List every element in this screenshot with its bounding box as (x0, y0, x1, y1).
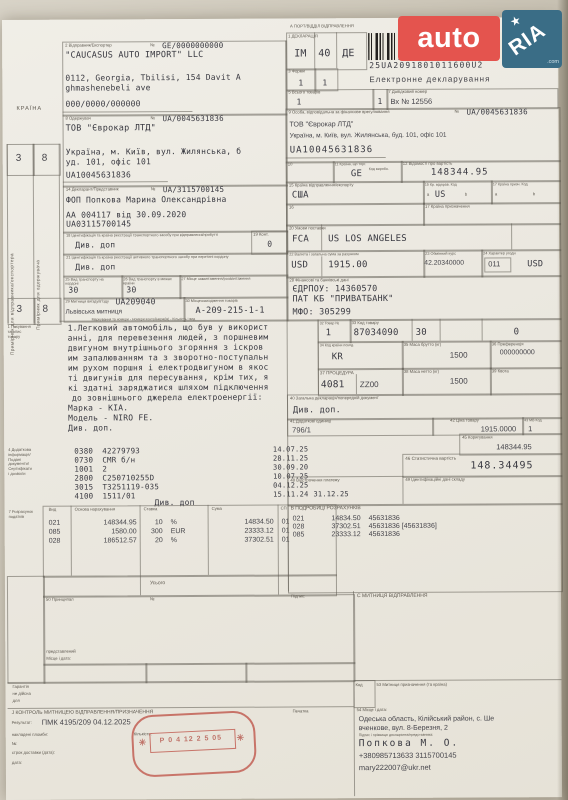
box44-side-label: 4 Додатковаінформація/Подані документи/С… (8, 448, 32, 477)
stamp-ornament-icon: ✳ (236, 732, 245, 743)
duty-base: 1580.00 (75, 528, 137, 535)
box50-principal (43, 594, 355, 666)
preference-code: 000000000 (500, 349, 535, 356)
duty-base: 148344.95 (75, 519, 137, 526)
grid-line (511, 223, 512, 249)
box8-eori: UA/0045631836 (163, 115, 224, 123)
box36-label: 36 Преференція (492, 342, 524, 347)
statistical-value: 148.34495 (470, 461, 533, 471)
box50-label: 50 Принципал (46, 598, 74, 603)
box29-name: Львівська митниця (66, 309, 123, 316)
grid-line (321, 224, 322, 250)
boxJ-term-label: строк доставки (дата): (12, 751, 55, 756)
grid-line (336, 32, 337, 68)
calc-account: 45631836 (369, 515, 400, 522)
box9-no: № (454, 110, 459, 115)
calc-account: 45631836 [45631836] (369, 523, 437, 530)
country-heading: КРАЇНА (16, 106, 42, 113)
box21-label: 21 Ідентифікація та країна реєстрації ак… (66, 255, 228, 260)
auto-ria-watermark[interactable]: auto ★ RIA .com (398, 10, 562, 74)
boxJ-result-label: Результат: (12, 721, 32, 726)
doc-value: 42279793 (102, 447, 140, 455)
copy-number-right-2: 8 (42, 305, 48, 315)
goods-desc-line: им рухом поршня і електродвигуном в якос (68, 364, 269, 373)
box14-no: № (151, 187, 156, 192)
goods-desc-line: 1.Легковий автомобіль, що був у використ (68, 324, 269, 333)
copy-number-right: 8 (42, 154, 48, 164)
duty-rate: 10 (145, 519, 163, 526)
consignee-address-2: уд. 101, офіс 101 (66, 158, 151, 166)
box29-code: UA209040 (115, 298, 155, 306)
supplementary-units: 796/1 (292, 426, 311, 434)
box18-value: Див. доп (75, 241, 115, 249)
duty-vid: 085 (49, 529, 61, 536)
box19-label: 19 Конт. (253, 233, 269, 238)
origin-country-code: KR (332, 353, 343, 362)
declarant-phone: +380985713633 3115700145 (359, 752, 457, 760)
box41-label: 41 Додаткові одиниці (290, 419, 331, 424)
box31-side-label: 1 Пакуваннята опистовару (8, 325, 31, 340)
goods-see-appendix: Див. доп. (68, 424, 113, 432)
box52-guarantee-2: не дійсна (13, 692, 31, 697)
hs-code: 87034090 (354, 329, 399, 338)
box26-value: 30 (126, 286, 136, 294)
box11-label: 11 Країна, що торг. (335, 162, 366, 166)
goods-desc-line: ті двигунів для пересування, крім тих, я (68, 374, 269, 383)
box24-code: 011 (488, 260, 500, 268)
box30-value: А-209-215-1-1 (196, 307, 265, 316)
box7-label: 7 Довідковий номер (388, 90, 427, 95)
adjustment-value: 148344.95 (496, 443, 531, 451)
star-icon: ★ (508, 13, 523, 30)
box45-label: 45 Коригування (462, 435, 492, 440)
procedure-sub-code: ZZ00 (360, 381, 379, 389)
declarant-signature-name: Попкова М. О. (359, 739, 459, 749)
consignee-address-1: Україна, м. Київ, вул. Жилянська, б (66, 148, 242, 157)
calc-vid: 021 (293, 515, 305, 522)
box15-label: 15 Країна відправлення/експорту (289, 183, 354, 188)
declarant-code: UA03115700145 (66, 220, 131, 228)
goods-brand: Марка - KIA. (68, 404, 128, 412)
box27-label: 27 Місце завантаження/розвантаження (181, 277, 250, 282)
box15a-a: a (427, 193, 429, 198)
box17a-a: a (495, 192, 497, 197)
calc-vid: 028 (293, 523, 305, 530)
doc-date: 14.07.25 (256, 446, 308, 453)
box24-currency: USD (527, 260, 543, 269)
customs-round-stamp: Р 0 4 12 2 5 05 ✳ ✳ (130, 710, 253, 774)
box1-label: 1 ДЕКЛАРАЦІЯ (288, 34, 318, 39)
box9-eori: UA/0045631836 (466, 108, 527, 116)
box31-header: Маркування та номери - Номери контейнера… (92, 317, 196, 322)
col-vid: Вид (49, 508, 57, 513)
copy-number-left: 3 (16, 154, 22, 164)
duty-vid: 021 (49, 520, 61, 527)
box28-label: 28 Фінансові та банківські дані (289, 278, 348, 283)
delivery-place: US LOS ANGELES (328, 235, 407, 244)
exporter-code: 000/0000/000000 (65, 100, 140, 108)
col-sp: СП (281, 507, 287, 512)
duty-sum: 23333.12 (210, 528, 274, 535)
duty-total-label: Усього (150, 581, 165, 587)
box50-place-date: Місце і дата: (46, 657, 71, 662)
box40-label: 40 Загальна декларація/попередній докуме… (290, 396, 379, 401)
doc-code: 1001 (74, 466, 93, 474)
delivery-term: FCA (292, 235, 309, 244)
auto-ria-logo-ria: ★ RIA .com (502, 10, 562, 68)
box29-label: 29 Митниця виїзду/в'їзду (65, 299, 108, 304)
logo-auto-text: auto (417, 22, 480, 55)
decl-regime: 40 (318, 49, 331, 59)
duty-unit: % (171, 537, 177, 544)
box24-label: 24 Характер угоди (483, 251, 515, 256)
box52-code-label: Код (355, 683, 362, 688)
box12-value: 148344.95 (431, 168, 489, 177)
box14-eori: UA/3115700145 (163, 186, 224, 194)
boxJ-seals-label: накладені пломби: (12, 733, 48, 738)
doc-date: 30.09.20 (256, 464, 308, 471)
net-mass: 1500 (450, 378, 468, 386)
consignee-code: UA10045631836 (66, 171, 131, 179)
bank-name: ПАТ КБ "ПРИВАТБАНК" (292, 295, 393, 304)
box19-value: 0 (267, 241, 272, 249)
invoice-amount: 1915.00 (328, 261, 367, 270)
duty-vid: 028 (49, 538, 61, 545)
grid-line (412, 319, 413, 341)
goods-desc-line: двигуном внутрішнього згоряння з іскров (68, 344, 264, 353)
goods-desc-line: кі здатні заряджатися шляхом підключення (68, 384, 269, 393)
box17a-b: b (533, 192, 535, 197)
item-number: 1 (326, 329, 332, 338)
col-sum: Сума (212, 507, 222, 512)
box42-label: 42 Ціна товару (450, 419, 479, 424)
boxJ-date-label: дата: (12, 761, 22, 766)
box3-value-1: 1 (298, 79, 303, 87)
box9-label: 9 Особа, відповідальна за фінансове врег… (288, 110, 389, 115)
grid-line (356, 374, 357, 394)
duty-rate: 300 (145, 528, 163, 535)
grid-line (482, 318, 483, 340)
exporter-address-2: ghmashenebeli ave (65, 84, 150, 92)
declarant-place-line-1: Одеська область, Кілійський район, с. Ше (359, 715, 495, 723)
bank-mfo: МФО: 305299 (293, 308, 352, 317)
declarant-sign-label: Підпис і прізвище декларанта/представник… (359, 733, 434, 738)
exchange-rate: 42.20340000 (424, 261, 464, 268)
goods-desc-line: до зовнішнього джерела електроенергії: (72, 394, 263, 403)
doc-value: 1511/01 (102, 492, 135, 500)
boxA-label: А ПОРТ/ВІДДІЛ ВІДПРАВЛЕННЯ (290, 24, 354, 29)
boxC-signature-label: Підпис: (291, 594, 305, 599)
box14-label: 14 Декларант/Представник (66, 187, 119, 192)
left-bottom-cell (7, 576, 46, 684)
box25-value: 30 (68, 287, 78, 295)
box12-label: 12 Відомості про вартість (403, 162, 453, 167)
gross-mass: 1500 (450, 352, 468, 360)
duty-sum: 14834.50 (210, 519, 274, 526)
calc-sum: 37302.51 (317, 523, 361, 530)
grid-line (440, 319, 441, 341)
box47-side-label: 7 Розрахунокподатків (9, 510, 34, 520)
box11-sub-label: Код виробн. (369, 167, 389, 171)
calc-vid: 085 (293, 531, 305, 538)
box21-value: Див. доп (75, 263, 115, 271)
box50-represented: представлений (46, 650, 75, 655)
box22-label: 22 Валюта і загальна сума за рахунком (289, 252, 358, 257)
box30-label: 30 Місцезнаходження товарів (185, 299, 237, 304)
bank-edrpou: ЄДРПОУ: 14360570 (292, 285, 377, 294)
duty-unit: % (171, 519, 177, 526)
doc-value: CMR б/н (102, 456, 135, 464)
goods-model: Модель - NIRO FE. (68, 414, 153, 422)
declarant-email: mary222007@ukr.net (359, 764, 431, 772)
box34-label: 34 Код країни поход. (320, 343, 354, 347)
box18-label: 18 Ідентифікація та країна реєстрації тр… (66, 233, 218, 238)
box54-label: 54 Місце і дата: (357, 708, 387, 713)
hs-code-extra: 0 (514, 328, 520, 337)
box2-label: 2 Відправник/Експортер (65, 43, 112, 48)
calc-account: 45631836 (369, 531, 400, 538)
doc-code: 3015 (74, 484, 93, 492)
boxJ-result-value: ПМК 4195/209 04.12.2025 (42, 718, 131, 726)
box52-guarantee-3: для (13, 699, 20, 704)
invoice-currency: USD (291, 261, 308, 270)
hs-code-sub: 30 (416, 329, 427, 338)
goods-desc-line: анні, для перевезення людей, з поршневим (68, 334, 269, 343)
boxJ-number-label: №: (12, 742, 18, 747)
box5-value: 1 (296, 98, 301, 106)
box10-cell (286, 161, 335, 183)
doc-code: 2800 (74, 475, 93, 483)
customs-declaration-sheet: КРАЇНА 3 8 Примірник для відправника/екс… (2, 17, 562, 800)
doc-code: 0730 (74, 457, 93, 465)
edeclaration-label: Електронне декларування (369, 75, 490, 84)
box3-label: 3 Форми (288, 69, 305, 74)
col-base: Основа нарахування (75, 507, 116, 512)
doc-value: 2 (102, 465, 107, 473)
box23-label: 23 Обмінний курс (425, 252, 456, 257)
box52-guarantee-1: Гарантія (12, 685, 28, 690)
box35-label: 35 Маса брутто (кг) (404, 343, 442, 348)
box46-label: 46 Статистична вартість (405, 456, 456, 461)
boxC-label: С МИТНИЦЯ ВІДПРАВЛЕННЯ (357, 594, 428, 600)
box49-label: 49 Ідентифікаційні дані складу (405, 478, 465, 483)
box11-value: GE (351, 170, 362, 179)
consignee-name: ТОВ "Єврокар ЛТД" (66, 124, 156, 133)
exporter-address-1: 0112, Georgia, Tbilisi, 154 Davit A (65, 74, 241, 83)
grid-line (321, 256, 322, 276)
box15a-b: b (465, 193, 467, 198)
duty-base: 186512.57 (75, 537, 137, 544)
doc-code: 4100 (74, 493, 93, 501)
calc-sum: 14834.50 (317, 515, 361, 522)
doc-value: T3251119-035 (102, 483, 159, 491)
box32-label: 32 Товар № (320, 321, 340, 325)
box15a-label: 15 Кр. відправ. Код (425, 183, 457, 187)
photo-edge-shadow (557, 0, 568, 800)
box53-label: 53 Митниця призначення (та країна) (376, 683, 446, 688)
duty-unit: EUR (171, 528, 186, 535)
box17a-label: 17 Країна призн. Код (493, 182, 528, 186)
doc-code: 0380 (74, 448, 93, 456)
grid-line (278, 575, 279, 595)
declarant-place-line-2: вченкове, вул. 8-Березня, 2 (359, 725, 448, 732)
box2-no: № (150, 43, 155, 48)
item-price: 1915.0000 (454, 425, 516, 433)
seal-label: Печатка (293, 709, 309, 714)
decl-type: ІМ (294, 49, 307, 59)
decl-kind: ДЕ (342, 49, 355, 59)
box5-label: 5 Всього товарів (288, 90, 320, 95)
box33-label: 33 Код товару (352, 321, 379, 326)
box17-label: 17 Країна призначення (425, 205, 470, 210)
box9-code: UA10045631836 (290, 146, 373, 155)
box3-value-2: 1 (322, 79, 327, 87)
doc-value: C250710255D (102, 474, 154, 482)
box40-value: Див. доп. (293, 406, 341, 415)
goods-desc-line: им запалюванням та з зворотно-поступальн (68, 354, 269, 363)
box10-label: 10 (288, 162, 293, 167)
box16-label: 16 (289, 205, 294, 210)
duty-rate: 20 (145, 537, 163, 544)
duty-sum: 37302.51 (210, 537, 274, 544)
declarant-name: ФОП Попкова Марина Олександрівна (66, 196, 227, 205)
calc-sum: 23333.12 (317, 531, 361, 538)
stamp-ornament-icon: ✳ (139, 737, 148, 748)
grid-line (402, 476, 403, 504)
box8-no: № (151, 116, 156, 121)
box37-label: 37 ПРОЦЕДУРА (320, 370, 354, 375)
procedure-code: 4081 (321, 380, 345, 390)
grid-line (140, 575, 141, 595)
valuation-method: 1 (528, 425, 532, 433)
box38-label: 38 Маса нетто (кг) (404, 370, 439, 375)
doc-date: 28.11.25 (256, 455, 308, 462)
box6-value: 1 (377, 98, 382, 106)
box9-address: Україна, м. Київ, вул. Жилянська, буд. 1… (290, 133, 447, 140)
box39-label: 39 Квота (492, 369, 509, 374)
box50-no: № (150, 597, 155, 602)
logo-com-text: .com (547, 59, 559, 65)
col-rate: Ставка (144, 507, 158, 512)
auto-ria-logo-auto: auto (398, 16, 500, 61)
box15-value: США (292, 191, 309, 200)
box7-value: Вх № 12556 (390, 98, 432, 106)
box2-eori: GE/0000000000 (162, 42, 223, 50)
box9-name: ТОВ "Єврокар ЛТД" (290, 121, 354, 128)
copy-number-left-2: 3 (16, 305, 22, 315)
box8-label: 8 Одержувач (66, 117, 91, 122)
exporter-name: "CAUCASUS AUTO IMPORT" LLC (65, 51, 203, 60)
box15a-value: US (435, 191, 446, 200)
boxB-label: В ПОДРОБИЦІ РОЗРАХУНКІВ (291, 506, 361, 512)
box43-label: 43 МВ Код (524, 418, 542, 422)
box48-label: 48 Відстрочення платежу (290, 478, 339, 483)
